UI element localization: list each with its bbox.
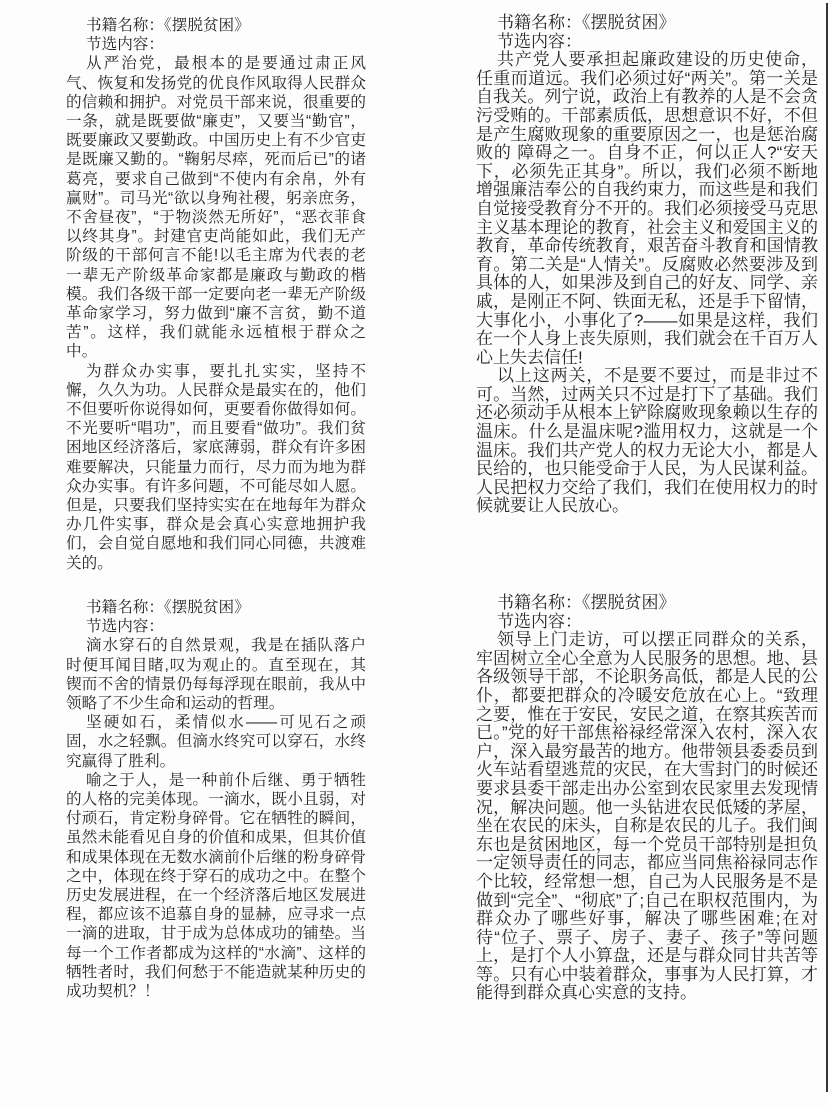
excerpt-label: 节选内容： <box>66 617 366 636</box>
excerpt-block-bottom-right: 书籍名称：《摆脱贫困》 节选内容： 领导上门走访，可以摆正同群众的关系，牢固树立… <box>476 594 818 1003</box>
excerpt-block-bottom-left: 书籍名称：《摆脱贫困》 节选内容： 滴水穿石的自然景观，我是在插队落户时便耳闻目… <box>66 598 366 1001</box>
book-title: 《摆脱贫困》 <box>164 17 250 34</box>
excerpt-paragraph: 坚硬如石，柔情似水——可见石之顽固，水之轻飘。但滴水终究可以穿石，水终究赢得了胜… <box>66 713 366 771</box>
excerpt-label: 节选内容： <box>476 33 818 52</box>
excerpt-paragraph: 共产党人要承担起廉政建设的历史使命，任重而道远。我们必须过好“两关”。第一关是自… <box>476 51 818 367</box>
book-name-label: 书籍名称： <box>497 13 582 32</box>
excerpt-label: 节选内容： <box>66 35 366 54</box>
book-name-label: 书籍名称： <box>86 599 164 616</box>
excerpt-paragraph: 从严治党，最根本的是要通过肃正风气、恢复和发扬党的优良作风取得人民群众的信赖和拥… <box>66 54 366 361</box>
book-title: 《摆脱贫困》 <box>164 599 250 616</box>
book-name-label: 书籍名称： <box>497 593 582 612</box>
excerpt-paragraph: 以上这两关，不是要不要过，而是非过不可。当然，过两关只不过是打下了基础。我们还必… <box>476 367 818 516</box>
book-name-line: 书籍名称：《摆脱贫困》 <box>476 594 818 613</box>
page-right-border <box>826 3 828 1092</box>
excerpt-paragraph: 领导上门走访，可以摆正同群众的关系，牢固树立全心全意为人民服务的思想。地、县各级… <box>476 631 818 1003</box>
book-name-label: 书籍名称： <box>86 17 164 34</box>
excerpt-block-top-left: 书籍名称：《摆脱贫困》 节选内容： 从严治党，最根本的是要通过肃正风气、恢复和发… <box>66 16 366 573</box>
scanned-text-page: 书籍名称：《摆脱贫困》 节选内容： 从严治党，最根本的是要通过肃正风气、恢复和发… <box>0 0 830 1106</box>
excerpt-label: 节选内容： <box>476 613 818 632</box>
book-title: 《摆脱贫困》 <box>582 13 676 32</box>
book-title: 《摆脱贫困》 <box>582 593 676 612</box>
book-name-line: 书籍名称：《摆脱贫困》 <box>66 16 366 35</box>
excerpt-paragraph: 为群众办实事，要扎扎实实，坚持不懈，久久为功。人民群众是最实在的，他们不但要听你… <box>66 362 366 573</box>
book-name-line: 书籍名称：《摆脱贫困》 <box>476 14 818 33</box>
excerpt-paragraph: 喻之于人，是一种前仆后继、勇于牺牲的人格的完美体现。一滴水，既小且弱，对付顽石，… <box>66 771 366 1001</box>
book-name-line: 书籍名称：《摆脱贫困》 <box>66 598 366 617</box>
excerpt-paragraph: 滴水穿石的自然景观，我是在插队落户时便耳闻目睹,叹为观止的。直至现在，其锲而不舍… <box>66 636 366 713</box>
excerpt-block-top-right: 书籍名称：《摆脱贫困》 节选内容： 共产党人要承担起廉政建设的历史使命，任重而道… <box>476 14 818 516</box>
